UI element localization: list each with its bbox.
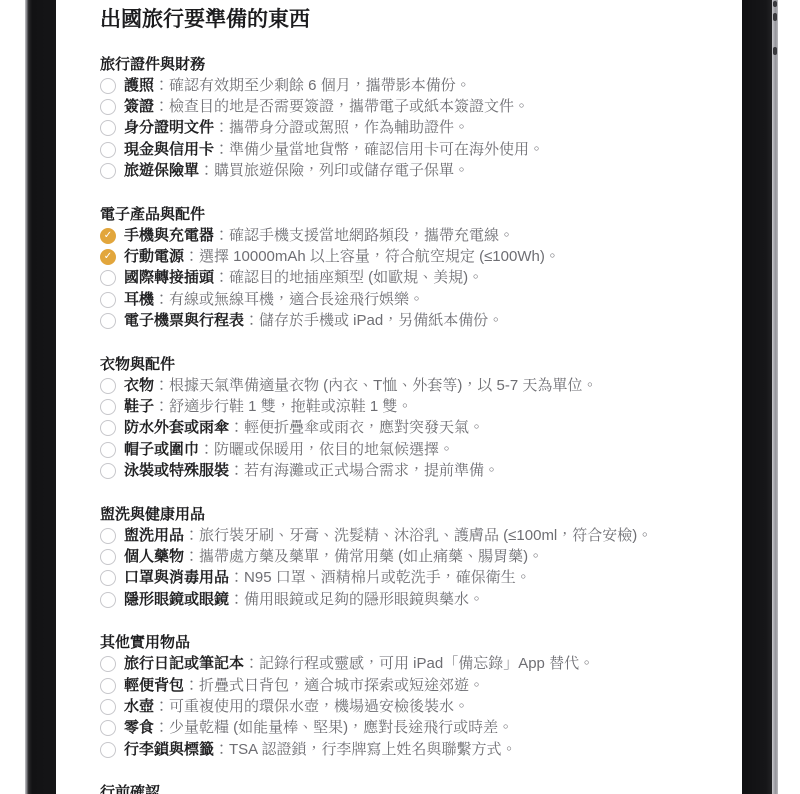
checklist-item[interactable]: 行李鎖與標籤：TSA 認證鎖，行李牌寫上姓名與聯繫方式。 <box>100 739 724 760</box>
item-label: 零食 <box>124 719 154 736</box>
item-description: ：若有海灘或正式場合需求，提前準備。 <box>229 462 499 479</box>
section-items: 旅行日記或筆記本：記錄行程或靈感，可用 iPad「備忘錄」App 替代。 輕便背… <box>100 653 724 760</box>
item-text[interactable]: 盥洗用品：旅行裝牙刷、牙膏、洗髮精、沐浴乳、護膚品 (≤100ml，符合安檢)。 <box>124 526 652 546</box>
checkbox-circle[interactable] <box>100 742 116 758</box>
checkbox-circle[interactable] <box>100 549 116 565</box>
item-label: 現金與信用卡 <box>124 141 214 158</box>
item-description: ：儲存於手機或 iPad，另備紙本備份。 <box>244 312 503 329</box>
checklist-section: 電子產品與配件 ✓ 手機與充電器：確認手機支援當地網路頻段，攜帶充電線。 ✓ 行… <box>100 206 724 332</box>
checklist-item[interactable]: 口罩與消毒用品：N95 口罩、酒精棉片或乾洗手，確保衛生。 <box>100 568 724 589</box>
checklist-item[interactable]: 個人藥物：攜帶處方藥及藥單，備常用藥 (如止痛藥、腸胃藥)。 <box>100 546 724 567</box>
checkbox-circle[interactable] <box>100 99 116 115</box>
item-description: ：攜帶處方藥及藥單，備常用藥 (如止痛藥、腸胃藥)。 <box>184 548 543 565</box>
item-label: 隱形眼鏡或眼鏡 <box>124 591 229 608</box>
checkbox-circle[interactable] <box>100 313 116 329</box>
checklist-section: 行前確認 <box>100 784 724 794</box>
section-heading[interactable]: 盥洗與健康用品 <box>100 506 724 523</box>
note-body: 旅行證件與財務 護照：確認有效期至少剩餘 6 個月，攜帶影本備份。 簽證：檢查目… <box>100 56 724 794</box>
item-label: 耳機 <box>124 291 154 308</box>
checklist-item[interactable]: 鞋子：舒適步行鞋 1 雙，拖鞋或涼鞋 1 雙。 <box>100 396 724 417</box>
checklist-item[interactable]: 旅行日記或筆記本：記錄行程或靈感，可用 iPad「備忘錄」App 替代。 <box>100 653 724 674</box>
section-items: 盥洗用品：旅行裝牙刷、牙膏、洗髮精、沐浴乳、護膚品 (≤100ml，符合安檢)。… <box>100 525 724 611</box>
item-text[interactable]: 護照：確認有效期至少剩餘 6 個月，攜帶影本備份。 <box>124 76 471 96</box>
note-title[interactable]: 出國旅行要準備的東西 <box>100 8 724 32</box>
checkbox-circle[interactable] <box>100 656 116 672</box>
item-description: ：輕便折疊傘或雨衣，應對突發天氣。 <box>229 419 484 436</box>
item-label: 泳裝或特殊服裝 <box>124 462 229 479</box>
item-description: ：折疊式日背包，適合城市探索或短途郊遊。 <box>184 677 484 694</box>
checkbox-circle[interactable] <box>100 442 116 458</box>
item-text[interactable]: 個人藥物：攜帶處方藥及藥單，備常用藥 (如止痛藥、腸胃藥)。 <box>124 547 543 567</box>
section-heading[interactable]: 旅行證件與財務 <box>100 56 724 73</box>
item-text[interactable]: 衣物：根據天氣準備適量衣物 (內衣、T恤、外套等)，以 5-7 天為單位。 <box>124 376 597 396</box>
checkbox-circle[interactable] <box>100 120 116 136</box>
checkbox-circle[interactable] <box>100 463 116 479</box>
checkbox-circle[interactable] <box>100 292 116 308</box>
item-label: 簽證 <box>124 98 154 115</box>
checkbox-circle[interactable] <box>100 699 116 715</box>
volume-button-icon <box>773 13 777 21</box>
item-description: ：選擇 10000mAh 以上容量，符合航空規定 (≤100Wh)。 <box>184 248 560 265</box>
item-description: ：可重複使用的環保水壺，機場過安檢後裝水。 <box>154 698 469 715</box>
item-text[interactable]: 旅遊保險單：購買旅遊保險，列印或儲存電子保單。 <box>124 161 469 181</box>
item-text[interactable]: 耳機：有線或無線耳機，適合長途飛行娛樂。 <box>124 290 424 310</box>
item-text[interactable]: 鞋子：舒適步行鞋 1 雙，拖鞋或涼鞋 1 雙。 <box>124 397 412 417</box>
item-description: ：確認手機支援當地網路頻段，攜帶充電線。 <box>214 227 514 244</box>
section-heading[interactable]: 衣物與配件 <box>100 356 724 373</box>
checkbox-circle[interactable] <box>100 270 116 286</box>
checklist-item[interactable]: 現金與信用卡：準備少量當地貨幣，確認信用卡可在海外使用。 <box>100 139 724 160</box>
checklist-item[interactable]: 衣物：根據天氣準備適量衣物 (內衣、T恤、外套等)，以 5-7 天為單位。 <box>100 375 724 396</box>
checkbox-circle[interactable] <box>100 592 116 608</box>
item-description: ：根據天氣準備適量衣物 (內衣、T恤、外套等)，以 5-7 天為單位。 <box>154 377 597 394</box>
item-label: 水壺 <box>124 698 154 715</box>
item-label: 護照 <box>124 77 154 94</box>
item-description: ：TSA 認證鎖，行李牌寫上姓名與聯繫方式。 <box>214 741 517 758</box>
checkbox-circle[interactable] <box>100 78 116 94</box>
checklist-item[interactable]: 護照：確認有效期至少剩餘 6 個月，攜帶影本備份。 <box>100 75 724 96</box>
checklist-item[interactable]: 國際轉接插頭：確認目的地插座類型 (如歐規、美規)。 <box>100 268 724 289</box>
item-description: ：記錄行程或靈感，可用 iPad「備忘錄」App 替代。 <box>244 655 594 672</box>
checklist-section: 衣物與配件 衣物：根據天氣準備適量衣物 (內衣、T恤、外套等)，以 5-7 天為… <box>100 356 724 482</box>
checklist-section: 旅行證件與財務 護照：確認有效期至少剩餘 6 個月，攜帶影本備份。 簽證：檢查目… <box>100 56 724 182</box>
item-text[interactable]: 零食：少量乾糧 (如能量棒、堅果)，應對長途飛行或時差。 <box>124 718 513 738</box>
item-description: ：旅行裝牙刷、牙膏、洗髮精、沐浴乳、護膚品 (≤100ml，符合安檢)。 <box>184 527 652 544</box>
item-text[interactable]: 身分證明文件：攜帶身分證或駕照，作為輔助證件。 <box>124 118 469 138</box>
item-text[interactable]: 防水外套或雨傘：輕便折疊傘或雨衣，應對突發天氣。 <box>124 418 484 438</box>
checkbox-circle-checked[interactable]: ✓ <box>100 249 116 265</box>
item-description: ：攜帶身分證或駕照，作為輔助證件。 <box>214 119 469 136</box>
item-label: 旅行日記或筆記本 <box>124 655 244 672</box>
item-label: 口罩與消毒用品 <box>124 569 229 586</box>
section-items: 衣物：根據天氣準備適量衣物 (內衣、T恤、外套等)，以 5-7 天為單位。 鞋子… <box>100 375 724 482</box>
item-text[interactable]: 電子機票與行程表：儲存於手機或 iPad，另備紙本備份。 <box>124 311 503 331</box>
checklist-item[interactable]: ✓ 行動電源：選擇 10000mAh 以上容量，符合航空規定 (≤100Wh)。 <box>100 246 724 267</box>
ipad-side-frame <box>772 0 778 794</box>
item-text[interactable]: 口罩與消毒用品：N95 口罩、酒精棉片或乾洗手，確保衛生。 <box>124 568 531 588</box>
item-label: 身分證明文件 <box>124 119 214 136</box>
section-items: ✓ 手機與充電器：確認手機支援當地網路頻段，攜帶充電線。 ✓ 行動電源：選擇 1… <box>100 225 724 332</box>
item-label: 衣物 <box>124 377 154 394</box>
checklist-item[interactable]: 輕便背包：折疊式日背包，適合城市探索或短途郊遊。 <box>100 675 724 696</box>
item-label: 盥洗用品 <box>124 527 184 544</box>
item-label: 行李鎖與標籤 <box>124 741 214 758</box>
checklist-item[interactable]: 耳機：有線或無線耳機，適合長途飛行娛樂。 <box>100 289 724 310</box>
item-label: 電子機票與行程表 <box>124 312 244 329</box>
item-description: ：少量乾糧 (如能量棒、堅果)，應對長途飛行或時差。 <box>154 719 513 736</box>
checkbox-circle[interactable] <box>100 142 116 158</box>
item-label: 行動電源 <box>124 248 184 265</box>
checklist-section: 其他實用物品 旅行日記或筆記本：記錄行程或靈感，可用 iPad「備忘錄」App … <box>100 634 724 760</box>
checklist-item[interactable]: 零食：少量乾糧 (如能量棒、堅果)，應對長途飛行或時差。 <box>100 718 724 739</box>
ipad-right-bezel <box>742 0 772 794</box>
item-text[interactable]: 輕便背包：折疊式日背包，適合城市探索或短途郊遊。 <box>124 676 484 696</box>
item-text[interactable]: 行李鎖與標籤：TSA 認證鎖，行李牌寫上姓名與聯繫方式。 <box>124 740 517 760</box>
item-label: 防水外套或雨傘 <box>124 419 229 436</box>
checklist-item[interactable]: 防水外套或雨傘：輕便折疊傘或雨衣，應對突發天氣。 <box>100 418 724 439</box>
item-text[interactable]: 水壺：可重複使用的環保水壺，機場過安檢後裝水。 <box>124 697 469 717</box>
item-text[interactable]: 行動電源：選擇 10000mAh 以上容量，符合航空規定 (≤100Wh)。 <box>124 247 560 267</box>
item-description: ：購買旅遊保險，列印或儲存電子保單。 <box>199 162 469 179</box>
section-items: 護照：確認有效期至少剩餘 6 個月，攜帶影本備份。 簽證：檢查目的地是否需要簽證… <box>100 75 724 182</box>
checklist-item[interactable]: 簽證：檢查目的地是否需要簽證，攜帶電子或紙本簽證文件。 <box>100 96 724 117</box>
checkbox-circle[interactable] <box>100 570 116 586</box>
item-text[interactable]: 帽子或圍巾：防曬或保暖用，依目的地氣候選擇。 <box>124 440 454 460</box>
item-label: 國際轉接插頭 <box>124 269 214 286</box>
checkbox-circle[interactable] <box>100 378 116 394</box>
item-text[interactable]: 隱形眼鏡或眼鏡：備用眼鏡或足夠的隱形眼鏡與藥水。 <box>124 590 484 610</box>
ipad-left-bezel <box>25 0 56 794</box>
item-description: ：N95 口罩、酒精棉片或乾洗手，確保衛生。 <box>229 569 531 586</box>
item-label: 輕便背包 <box>124 677 184 694</box>
item-text[interactable]: 現金與信用卡：準備少量當地貨幣，確認信用卡可在海外使用。 <box>124 140 544 160</box>
item-text[interactable]: 旅行日記或筆記本：記錄行程或靈感，可用 iPad「備忘錄」App 替代。 <box>124 654 594 674</box>
checklist-item[interactable]: 旅遊保險單：購買旅遊保險，列印或儲存電子保單。 <box>100 161 724 182</box>
item-text[interactable]: 手機與充電器：確認手機支援當地網路頻段，攜帶充電線。 <box>124 226 514 246</box>
checkbox-circle-checked[interactable]: ✓ <box>100 228 116 244</box>
checklist-item[interactable]: 身分證明文件：攜帶身分證或駕照，作為輔助證件。 <box>100 118 724 139</box>
item-description: ：舒適步行鞋 1 雙，拖鞋或涼鞋 1 雙。 <box>154 398 412 415</box>
item-label: 手機與充電器 <box>124 227 214 244</box>
item-label: 旅遊保險單 <box>124 162 199 179</box>
checkbox-circle[interactable] <box>100 678 116 694</box>
item-text[interactable]: 泳裝或特殊服裝：若有海灘或正式場合需求，提前準備。 <box>124 461 499 481</box>
volume-button-icon <box>773 1 777 7</box>
item-text[interactable]: 國際轉接插頭：確認目的地插座類型 (如歐規、美規)。 <box>124 268 483 288</box>
item-text[interactable]: 簽證：檢查目的地是否需要簽證，攜帶電子或紙本簽證文件。 <box>124 97 529 117</box>
checklist-item[interactable]: 泳裝或特殊服裝：若有海灘或正式場合需求，提前準備。 <box>100 460 724 481</box>
checklist-item[interactable]: 帽子或圍巾：防曬或保暖用，依目的地氣候選擇。 <box>100 439 724 460</box>
checklist-item[interactable]: ✓ 手機與充電器：確認手機支援當地網路頻段，攜帶充電線。 <box>100 225 724 246</box>
checkbox-circle[interactable] <box>100 420 116 436</box>
item-label: 帽子或圍巾 <box>124 441 199 458</box>
checklist-item[interactable]: 隱形眼鏡或眼鏡：備用眼鏡或足夠的隱形眼鏡與藥水。 <box>100 589 724 610</box>
checklist-item[interactable]: 水壺：可重複使用的環保水壺，機場過安檢後裝水。 <box>100 696 724 717</box>
checklist-item[interactable]: 盥洗用品：旅行裝牙刷、牙膏、洗髮精、沐浴乳、護膚品 (≤100ml，符合安檢)。 <box>100 525 724 546</box>
checklist-section: 盥洗與健康用品 盥洗用品：旅行裝牙刷、牙膏、洗髮精、沐浴乳、護膚品 (≤100m… <box>100 506 724 611</box>
notes-page: 出國旅行要準備的東西 旅行證件與財務 護照：確認有效期至少剩餘 6 個月，攜帶影… <box>56 0 742 794</box>
item-description: ：確認有效期至少剩餘 6 個月，攜帶影本備份。 <box>154 77 471 94</box>
checkbox-circle[interactable] <box>100 528 116 544</box>
item-description: ：確認目的地插座類型 (如歐規、美規)。 <box>214 269 483 286</box>
section-heading[interactable]: 其他實用物品 <box>100 634 724 651</box>
checkbox-circle[interactable] <box>100 163 116 179</box>
section-heading[interactable]: 行前確認 <box>100 784 724 794</box>
checkbox-circle[interactable] <box>100 720 116 736</box>
checkbox-circle[interactable] <box>100 399 116 415</box>
item-description: ：檢查目的地是否需要簽證，攜帶電子或紙本簽證文件。 <box>154 98 529 115</box>
section-heading[interactable]: 電子產品與配件 <box>100 206 724 223</box>
side-button-icon <box>773 47 777 55</box>
item-description: ：有線或無線耳機，適合長途飛行娛樂。 <box>154 291 424 308</box>
item-description: ：準備少量當地貨幣，確認信用卡可在海外使用。 <box>214 141 544 158</box>
item-label: 個人藥物 <box>124 548 184 565</box>
item-label: 鞋子 <box>124 398 154 415</box>
item-description: ：備用眼鏡或足夠的隱形眼鏡與藥水。 <box>229 591 484 608</box>
checklist-item[interactable]: 電子機票與行程表：儲存於手機或 iPad，另備紙本備份。 <box>100 311 724 332</box>
item-description: ：防曬或保暖用，依目的地氣候選擇。 <box>199 441 454 458</box>
